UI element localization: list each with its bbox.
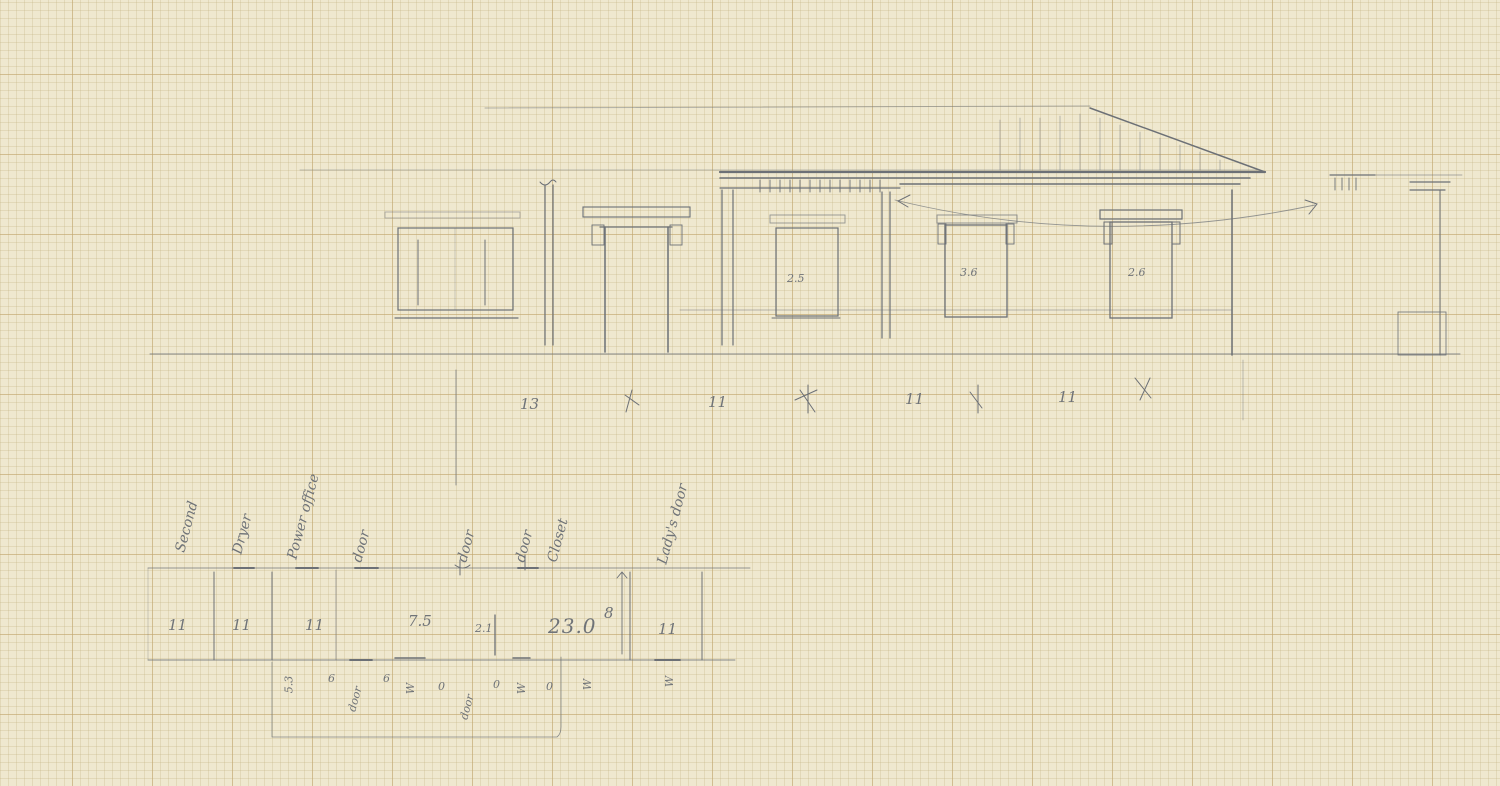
bay-dimension: 11 [708, 393, 727, 411]
lower-annotation: W [404, 683, 417, 694]
lower-annotation: W [515, 683, 528, 694]
plan-drawing [148, 555, 750, 737]
graph-paper-sheet: 2.5 3.6 2.6 13 11 11 11 Second Dryer Pow… [0, 0, 1500, 786]
room-width: 7.5 [408, 612, 432, 630]
lower-annotation: 6 [328, 672, 335, 685]
lower-annotation: 0 [546, 680, 553, 693]
room-width: 11 [168, 616, 187, 634]
room-width: 11 [658, 620, 677, 638]
bay-dimension: 11 [1058, 388, 1077, 406]
room-width: 2.1 [475, 622, 493, 635]
lower-annotation: 0 [493, 678, 500, 691]
lower-annotation: 5.3 [282, 676, 295, 694]
room-width: 23.0 [548, 614, 597, 638]
pencil-drawing [0, 0, 1500, 786]
bay-dimension: 13 [520, 395, 539, 413]
lower-annotation: W [663, 676, 676, 687]
arrow-annotation: 8 [604, 604, 614, 622]
window-label: 2.5 [787, 272, 805, 285]
elevation-drawing [150, 106, 1462, 485]
room-width: 11 [305, 616, 324, 634]
bay-dimension: 11 [905, 390, 924, 408]
window-label: 3.6 [960, 266, 978, 279]
lower-annotation: 6 [383, 672, 390, 685]
lower-annotation: W [581, 679, 594, 690]
window-label: 2.6 [1128, 266, 1146, 279]
room-width: 11 [232, 616, 251, 634]
lower-annotation: 0 [438, 680, 445, 693]
